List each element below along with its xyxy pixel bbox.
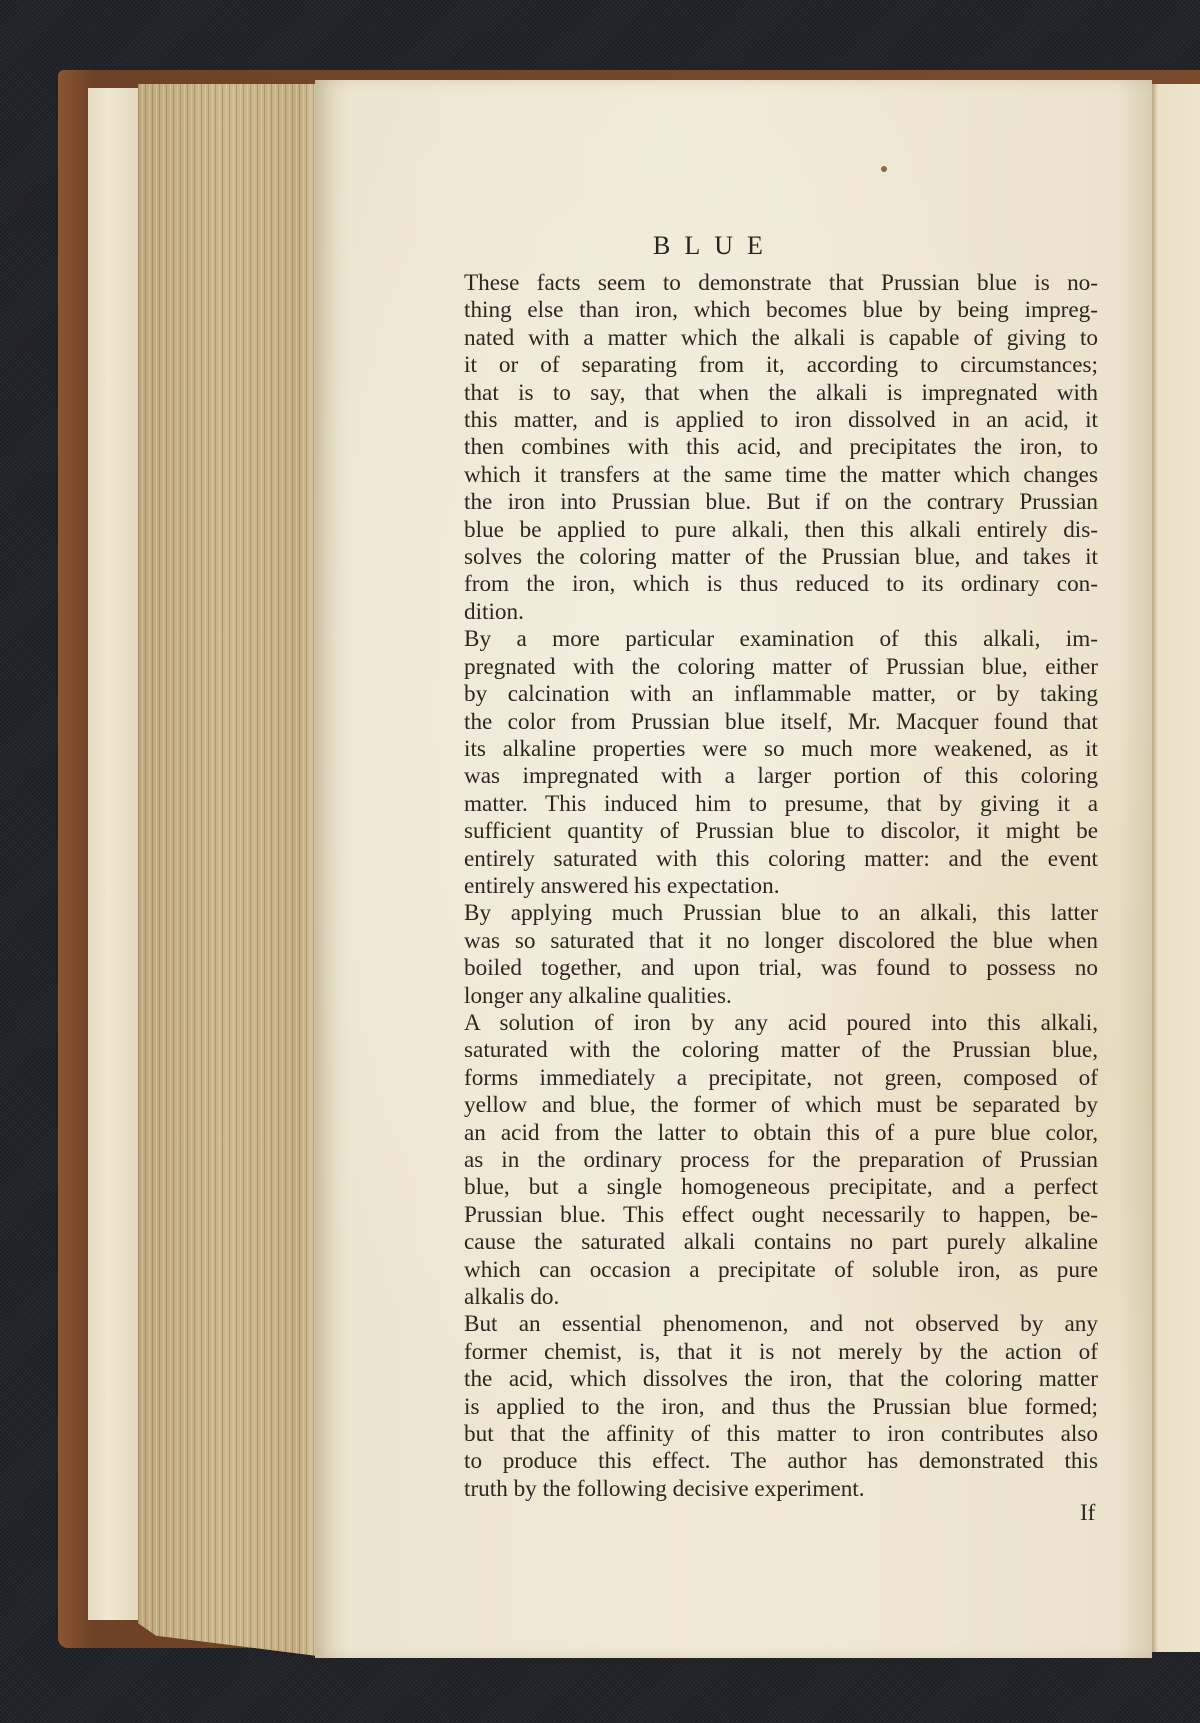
text-line: alkalis do. [436, 1284, 1098, 1311]
text-line: former chemist, is, that it is not merel… [436, 1339, 1098, 1366]
text-line: yellow and blue, the former of which mus… [436, 1092, 1098, 1119]
text-line: this matter, and is applied to iron diss… [436, 407, 1098, 434]
text-line: from the iron, which is thus reduced to … [436, 571, 1098, 598]
text-line: By a more particular examination of this… [436, 626, 1098, 653]
text-line: blue be applied to pure alkali, then thi… [436, 517, 1098, 544]
text-line: sufficient quantity of Prussian blue to … [436, 818, 1098, 845]
text-line: it or of separating from it, according t… [436, 352, 1098, 379]
body-text: These facts seem to demonstrate that Pru… [436, 270, 1098, 1503]
text-line: matter. This induced him to presume, tha… [436, 791, 1098, 818]
text-line: but that the affinity of this matter to … [436, 1421, 1098, 1448]
paragraph: But an essential phenomenon, and not obs… [436, 1311, 1098, 1503]
text-line: cause the saturated alkali contains no p… [436, 1229, 1098, 1256]
text-line: the color from Prussian blue itself, Mr.… [436, 709, 1098, 736]
text-line: which it transfers at the same time the … [436, 462, 1098, 489]
text-line: was impregnated with a larger portion of… [436, 763, 1098, 790]
text-line: Prussian blue. This effect ought necessa… [436, 1202, 1098, 1229]
text-line: entirely answered his expectation. [436, 873, 1098, 900]
text-line: A solution of iron by any acid poured in… [436, 1010, 1098, 1037]
text-line: forms immediately a precipitate, not gre… [436, 1065, 1098, 1092]
text-line: that is to say, that when the alkali is … [436, 380, 1098, 407]
paragraph: These facts seem to demonstrate that Pru… [436, 270, 1098, 626]
text-line: But an essential phenomenon, and not obs… [436, 1311, 1098, 1338]
page-edges [138, 84, 318, 1656]
running-head: BLUE [315, 231, 1115, 261]
text-line: to produce this effect. The author has d… [436, 1448, 1098, 1475]
text-line: pregnated with the coloring matter of Pr… [436, 654, 1098, 681]
text-line: nated with a matter which the alkali is … [436, 325, 1098, 352]
text-line: an acid from the latter to obtain this o… [436, 1120, 1098, 1147]
text-line: saturated with the coloring matter of th… [436, 1037, 1098, 1064]
text-line: These facts seem to demonstrate that Pru… [436, 270, 1098, 297]
catchword: If [1080, 1500, 1095, 1526]
text-line: entirely saturated with this coloring ma… [436, 846, 1098, 873]
paper-spot [881, 166, 887, 172]
endpaper [88, 88, 140, 1620]
text-line: thing else than iron, which becomes blue… [436, 297, 1098, 324]
text-line: the iron into Prussian blue. But if on t… [436, 489, 1098, 516]
text-line: truth by the following decisive experime… [436, 1476, 1098, 1503]
text-line: its alkaline properties were so much mor… [436, 736, 1098, 763]
text-line: solves the coloring matter of the Prussi… [436, 544, 1098, 571]
text-line: is applied to the iron, and thus the Pru… [436, 1394, 1098, 1421]
text-line: was so saturated that it no longer disco… [436, 928, 1098, 955]
text-line: boiled together, and upon trial, was fou… [436, 955, 1098, 982]
text-line: By applying much Prussian blue to an alk… [436, 900, 1098, 927]
paragraph: A solution of iron by any acid poured in… [436, 1010, 1098, 1311]
text-line: blue, but a single homogeneous precipita… [436, 1174, 1098, 1201]
text-line: by calcination with an inflammable matte… [436, 681, 1098, 708]
text-line: the acid, which dissolves the iron, that… [436, 1366, 1098, 1393]
text-line: dition. [436, 599, 1098, 626]
text-line: longer any alkaline qualities. [436, 983, 1098, 1010]
facing-page-edge [1152, 84, 1200, 1652]
text-line: which can occasion a precipitate of solu… [436, 1257, 1098, 1284]
text-line: then combines with this acid, and precip… [436, 434, 1098, 461]
paragraph: By a more particular examination of this… [436, 626, 1098, 900]
text-line: as in the ordinary process for the prepa… [436, 1147, 1098, 1174]
paragraph: By applying much Prussian blue to an alk… [436, 900, 1098, 1010]
